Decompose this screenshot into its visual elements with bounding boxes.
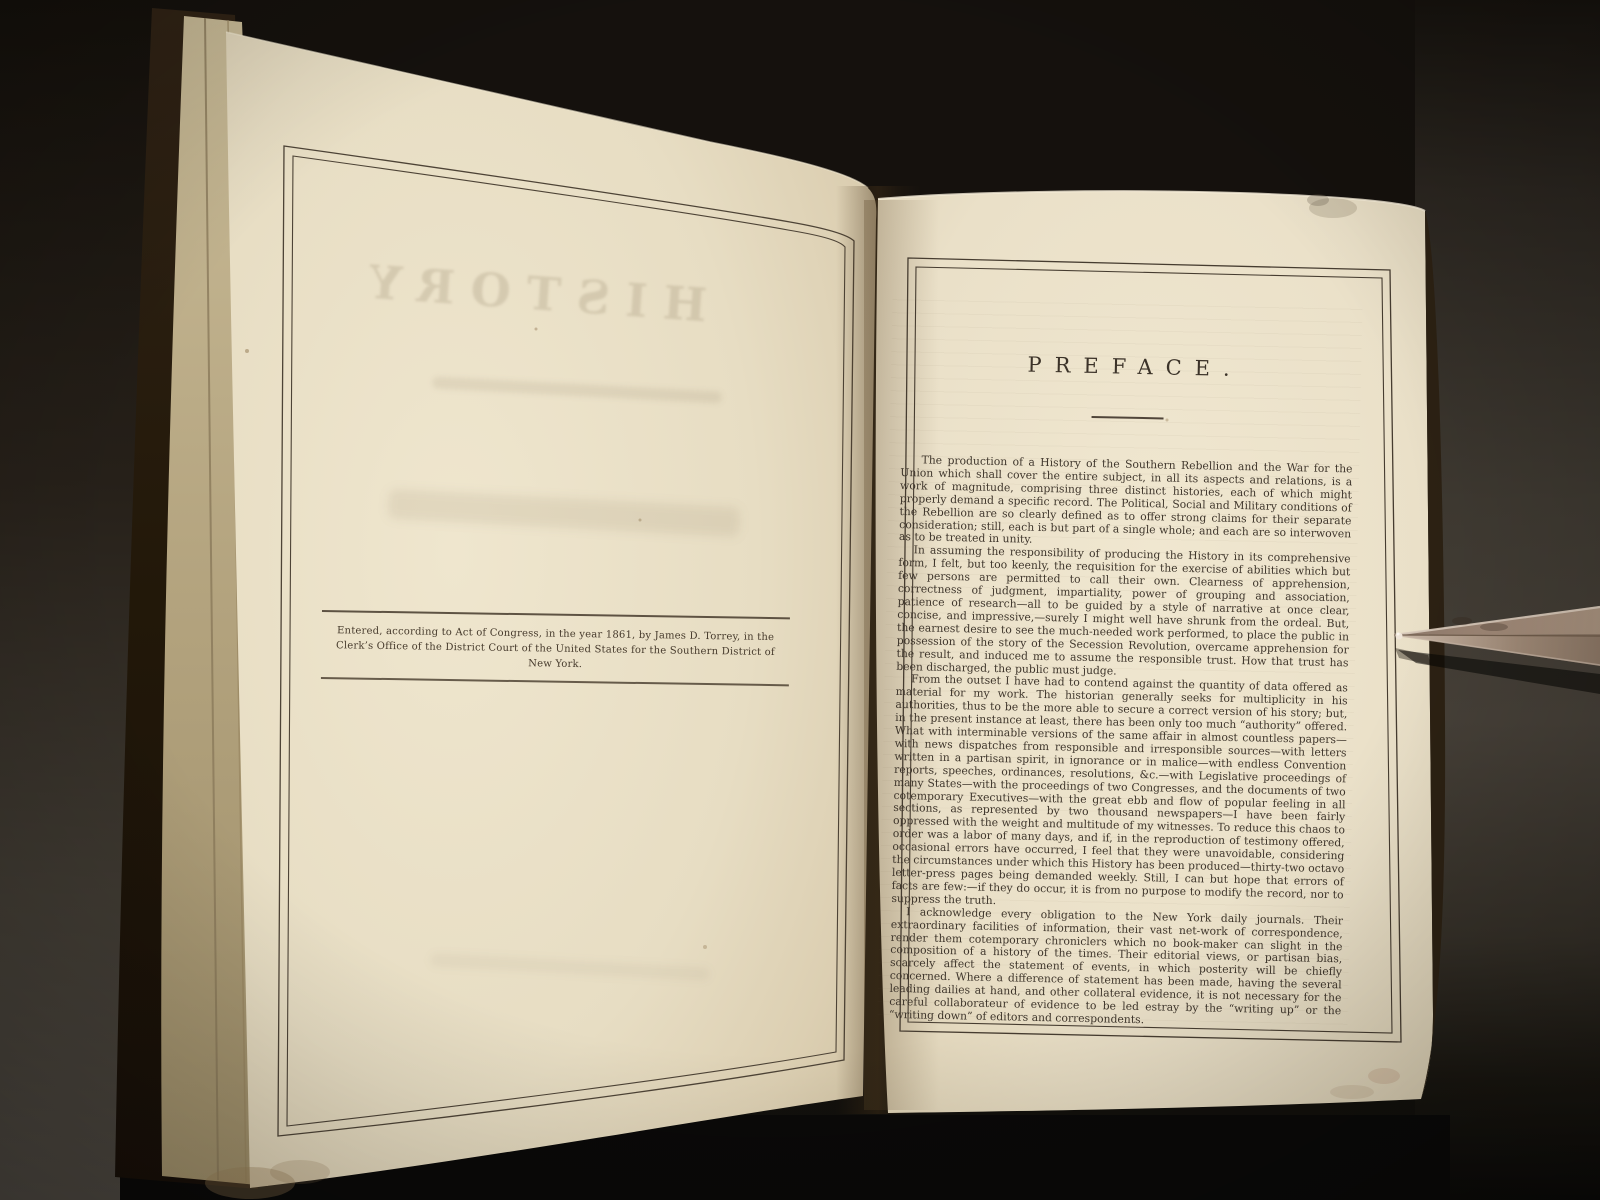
preface-paragraph: From the outset I have had to contend ag… bbox=[891, 673, 1348, 915]
preface-paragraph: The production of a History of the South… bbox=[899, 454, 1353, 554]
heading-rule bbox=[1092, 416, 1164, 420]
preface-page-content: PREFACE. The production of a History of … bbox=[889, 250, 1357, 1031]
letter-opener-tarnish bbox=[1480, 623, 1508, 631]
book-photo-scene: HISTORY Entered, according to Act of Con… bbox=[0, 0, 1600, 1200]
preface-paragraph: In assuming the responsibility of produc… bbox=[896, 544, 1351, 683]
copyright-notice-block: Entered, according to Act of Congress, i… bbox=[321, 610, 790, 686]
preface-paragraph: I acknowledge every obligation to the Ne… bbox=[889, 906, 1343, 1032]
letter-opener-tip-glint bbox=[1397, 633, 1400, 636]
preface-heading: PREFACE. bbox=[902, 350, 1354, 383]
preface-paragraphs: The production of a History of the South… bbox=[889, 454, 1353, 1031]
letter-opener-tarnish bbox=[1452, 617, 1472, 625]
copyright-text: Entered, according to Act of Congress, i… bbox=[327, 623, 784, 675]
book-artwork bbox=[0, 0, 1600, 1200]
